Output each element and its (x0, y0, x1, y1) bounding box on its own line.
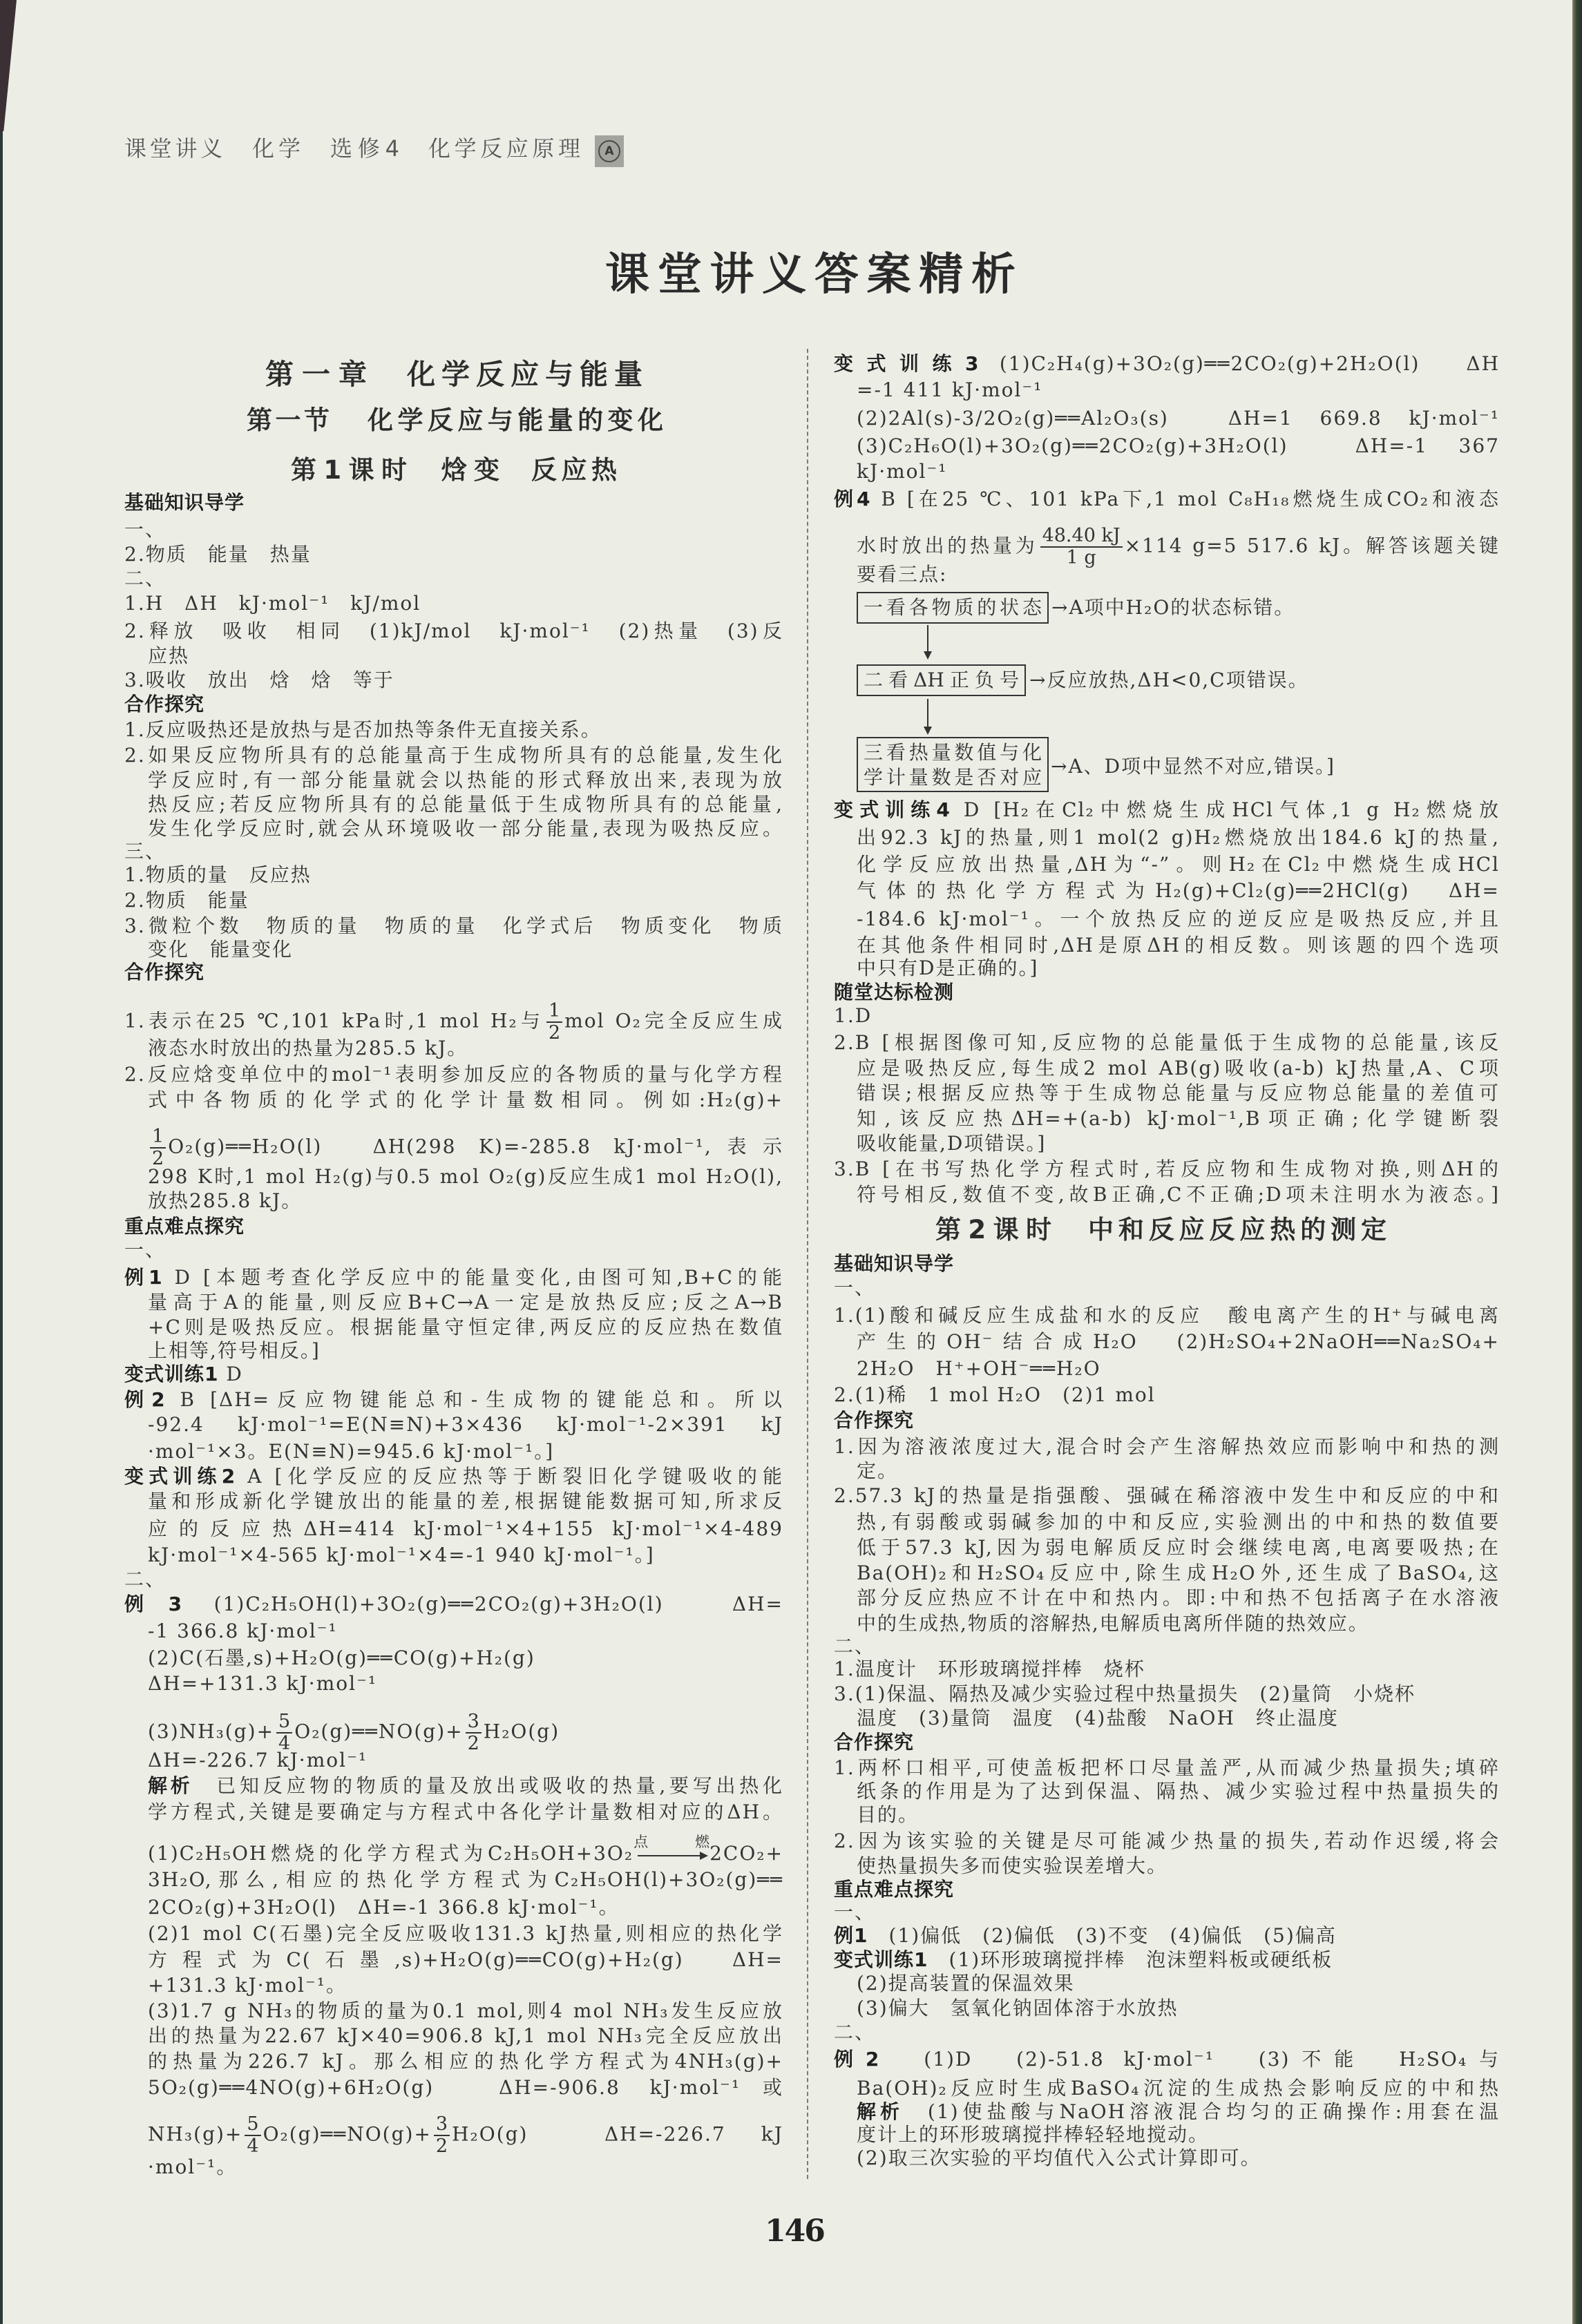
section-title: 化学反应与能量的变化 (368, 403, 663, 438)
text-line: 1.表示在25 ℃,101 kPa时,1 mol H₂与12mol O₂完全反应… (124, 1001, 783, 1026)
text-line: 知,该反应热ΔH=+(a-b) kJ·mol⁻¹,B项正确;化学键断裂 (857, 1106, 1500, 1131)
text-line: 水时放出的热量为48.40 kJ1 g×114 g=5 517.6 kJ。解答该… (857, 526, 1500, 551)
text-line: (2)C(石墨,s)+H₂O(g)══CO(g)+H₂(g) (148, 1646, 783, 1671)
text-line: 3.微粒个数 物质的量 物质的量 化学式后 物质变化 物质 (124, 914, 783, 939)
lesson2-number: 第2课时 (935, 1213, 1051, 1247)
arrow-down-icon (927, 699, 928, 733)
section-number: 第一节 (247, 403, 330, 438)
text-line: 化学反应放出热量,ΔH为“-”。则H₂在Cl₂中燃烧生成HCl (857, 852, 1500, 877)
example-label: 例2 (124, 1388, 166, 1411)
text-line: (3)1.7 g NH₃的物质的量为0.1 mol,则4 mol NH₃发生反应… (148, 1999, 783, 2024)
text-segment: 2CO₂+ (709, 1842, 783, 1865)
section-label: 随堂达标检测 (834, 981, 954, 1003)
answer-line: 变式训练1 D (124, 1362, 783, 1387)
answer-line: 变式训练1 (1)环形玻璃搅拌棒 泡沫塑料板或硬纸板 (834, 1948, 1500, 1972)
text-segment: NH₃(g)+ (148, 2123, 242, 2146)
text-line: 学方程式,关键是要确定与方程式中各化学计量数相对应的ΔH。 (148, 1800, 783, 1825)
header-series: 课堂讲义 (124, 133, 222, 164)
text-line: Ba(OH)₂和H₂SO₄反应中,除生成H₂O外,还生成了BaSO₄,这 (857, 1561, 1500, 1586)
text-line: 二、 (834, 2020, 1500, 2045)
section-label: 合作探究 (124, 693, 204, 716)
fraction-numerator: 3 (466, 1712, 482, 1734)
example-label: 例1 (124, 1266, 163, 1289)
section-label-line: 合作探究 (834, 1408, 1500, 1433)
answer-line: 变式训练3 (1)C₂H₄(g)+3O₂(g)══2CO₂(g)+2H₂O(l)… (834, 352, 1500, 376)
section-label-line: 合作探究 (834, 1730, 1500, 1755)
section-label: 合作探究 (124, 961, 204, 983)
text-line: 学反应时,有一部分能量就会以热能的形式释放出来,表现为放 (148, 768, 783, 793)
text-line: 方程式为C(石墨,s)+H₂O(g)══CO(g)+H₂(g) ΔH= (148, 1948, 783, 1972)
text-line: 中的生成热,物质的溶解热,电解质电离所伴随的热效应。 (857, 1611, 1500, 1636)
analysis-line: 解析 已知反应物的物质的量及放出或吸收的热量,要写出热化 (148, 1774, 783, 1798)
text-line: 部分反应热应不计在中和热内。即:中和热不包括离子在水溶液 (857, 1586, 1500, 1611)
flowchart-box-2: 二看ΔH正负号 (857, 664, 1026, 696)
text-line: 一、 (834, 1900, 1500, 1925)
text-line: 温度 (3)量筒 温度 (4)盐酸 NaOH 终止温度 (857, 1706, 1500, 1731)
text-line: 一、 (124, 1238, 783, 1262)
flowchart-result-2: →反应放热,ΔH<0,C项错误。 (1029, 668, 1309, 693)
text-line: 3.(1)保温、隔热及减少实验过程中热量损失 (2)量筒 小烧杯 (834, 1682, 1500, 1707)
answer-line: 变式训练4 D [H₂在Cl₂中燃烧生成HCl气体,1 g H₂燃烧放 (834, 798, 1500, 823)
text-line: 产生的OH⁻结合成H₂O (2)H₂SO₄+2NaOH══Na₂SO₄+ (857, 1329, 1500, 1354)
answer-line: 例2 B [ΔH=反应物键能总和-生成物的键能总和。所以 (124, 1387, 783, 1412)
arrow-right-icon (638, 1855, 701, 1856)
text-segment: 1.表示在25 ℃,101 kPa时,1 mol H₂与 (124, 1010, 544, 1033)
lesson-title-2: 反应热 (531, 453, 617, 488)
text-line: (1)C₂H₅OH燃烧的化学方程式为C₂H₅OH+3O₂点燃2CO₂+ (148, 1841, 783, 1866)
text-line: 2H₂O H⁺+OH⁻══H₂O (857, 1356, 1500, 1381)
text-line: (2)提高装置的保温效果 (857, 1971, 1500, 1996)
answer-text: B [在25 ℃、101 kPa下,1 mol C₈H₁₈燃烧生成CO₂和液态 (870, 488, 1500, 510)
header-subject: 化学 (252, 133, 301, 164)
text-line: (2)2Al(s)-3/2O₂(g)══Al₂O₃(s) ΔH=1 669.8 … (857, 406, 1500, 431)
fraction: 32 (434, 2115, 450, 2156)
text-segment: (3)NH₃(g)+ (148, 1720, 274, 1743)
answer-text: (1)C₂H₄(g)+3O₂(g)══2CO₂(g)+2H₂O(l) ΔH (979, 352, 1500, 375)
text-line: Ba(OH)₂反应时生成BaSO₄沉淀的生成热会影响反应的中和热 (857, 2076, 1500, 2101)
reaction-arrow-icon: 点燃 (633, 1841, 709, 1866)
text-line: 应是吸热反应,每生成2 mol AB(g)吸收(a-b) kJ热量,A、C项 (857, 1056, 1500, 1081)
text-line: 三、 (124, 839, 783, 864)
section-label-line: 随堂达标检测 (834, 980, 1500, 1005)
section-label-line: 合作探究 (124, 960, 783, 985)
fraction: 32 (466, 1712, 482, 1754)
answer-text: (1)C₂H₅OH(l)+3O₂(g)══2CO₂(g)+3H₂O(l) ΔH= (182, 1593, 783, 1615)
text-line: 1.两杯口相平,可使盖板把杯口尽量盖严,从而减少热量损失;填碎 (834, 1756, 1500, 1780)
answer-text: (1)偏低 (2)偏低 (3)不变 (4)偏低 (5)偏高 (868, 1924, 1336, 1947)
section-label-line: 基础知识导学 (834, 1251, 1500, 1276)
fraction: 12 (150, 1127, 166, 1169)
fraction-denominator: 2 (436, 2136, 448, 2156)
fraction: 48.40 kJ1 g (1040, 526, 1123, 568)
answer-text: D [H₂在Cl₂中燃烧生成HCl气体,1 g H₂燃烧放 (951, 798, 1500, 821)
text-line: 应热 (148, 644, 783, 669)
fraction-denominator: 4 (247, 2136, 258, 2156)
text-line: 符号相反,数值不变,故B正确,C不正确;D项未注明水为液态。] (857, 1182, 1500, 1207)
answer-text: (1)环形玻璃搅拌棒 泡沫塑料板或硬纸板 (928, 1948, 1333, 1971)
example-label: 例2 (834, 2048, 879, 2071)
answer-text: B [ΔH=反应物键能总和-生成物的键能总和。所以 (166, 1388, 783, 1411)
flowchart-box-3: 三看热量数值与化学计量数是否对应 (857, 737, 1049, 792)
text-line: +131.3 kJ·mol⁻¹。 (148, 1973, 783, 1998)
text-segment: H₂O(g) ΔH=-226.7 kJ (452, 2123, 783, 2146)
text-line: 1.反应吸热还是放热与是否加热等条件无直接关系。 (124, 718, 783, 742)
text-line: 2.B [根据图像可知,反应物的总能量低于生成物的总能量,该反 (834, 1030, 1500, 1055)
exercise-label: 变式训练4 (834, 798, 951, 821)
text-line: 2.如果反应物所具有的总能量高于生成物所具有的总能量,发生化 (124, 743, 783, 768)
page-edge-shadow-right (1572, 0, 1582, 2324)
flowchart-box-text: 一看各物质的状态 (864, 595, 1042, 620)
text-line: 出的热量为22.67 kJ×40=906.8 kJ,1 mol NH₃完全反应放… (148, 2024, 783, 2048)
fraction-numerator: 1 (546, 1001, 562, 1023)
text-line: (2)1 mol C(石墨)完全反应吸收131.3 kJ热量,则相应的热化学 (148, 1921, 783, 1946)
text-line: 应的反应热ΔH=414 kJ·mol⁻¹×4+155 kJ·mol⁻¹×4-48… (148, 1517, 783, 1542)
exercise-label: 变式训练2 (124, 1465, 236, 1488)
text-line: kJ·mol⁻¹ (857, 459, 1500, 484)
text-segment: O₂(g)══NO(g)+ (263, 2123, 432, 2146)
section-label: 基础知识导学 (834, 1252, 954, 1275)
text-segment: H₂O(g) (484, 1720, 560, 1743)
text-line: (3)C₂H₆O(l)+3O₂(g)══2CO₂(g)+3H₂O(l) ΔH=-… (857, 434, 1500, 459)
fraction-numerator: 3 (434, 2115, 450, 2136)
lesson-title-1: 焓变 (441, 453, 499, 488)
section-label: 基础知识导学 (124, 491, 245, 514)
fraction-numerator: 1 (150, 1127, 166, 1149)
exercise-label: 变式训练1 (834, 1948, 928, 1971)
page-title: 课堂讲义答案精析 (605, 246, 1016, 304)
text-line: 定。 (857, 1459, 1500, 1483)
text-line: 1.因为溶液浓度过大,混合时会产生溶解热效应而影响中和热的测 (834, 1434, 1500, 1459)
example-label: 例3 (124, 1593, 182, 1615)
text-line: 298 K时,1 mol H₂(g)与0.5 mol O₂(g)反应生成1 mo… (148, 1164, 783, 1189)
text-line: 1.物质的量 反应热 (124, 863, 783, 887)
text-line: 5O₂(g)══4NO(g)+6H₂O(g) ΔH=-906.8 kJ·mol⁻… (148, 2075, 783, 2100)
text-line: 纸条的作用是为了达到保温、隔热、减少实验过程中热量损失的 (857, 1779, 1500, 1804)
text-line: 吸收能量,D项错误。] (857, 1131, 1500, 1156)
edition-badge: A (598, 140, 620, 162)
answer-line: 例4 B [在25 ℃、101 kPa下,1 mol C₈H₁₈燃烧生成CO₂和… (834, 487, 1500, 512)
header-volume: 选修4 (330, 133, 399, 164)
text-segment: mol O₂完全反应生成 (564, 1010, 783, 1033)
analysis-line: 解析 (1)使盐酸与NaOH溶液混合均匀的正确操作:用套在温 (857, 2100, 1500, 2124)
text-segment: O₂(g)══H₂O(l) ΔH(298 K)=-285.8 kJ·mol⁻¹,… (168, 1135, 783, 1158)
text-line: 2.反应焓变单位中的mol⁻¹表明参加反应的各物质的量与化学方程 (124, 1062, 783, 1087)
fraction: 54 (245, 2115, 260, 2156)
text-line: 一、 (124, 517, 783, 542)
text-line: 二、 (124, 566, 783, 591)
text-line: 低于57.3 kJ,因为弱电解质反应时会继续电离,电离要吸热;在 (857, 1535, 1500, 1560)
analysis-text: 已知反应物的物质的量及放出或吸收的热量,要写出热化 (193, 1774, 784, 1797)
exercise-label: 变式训练3 (834, 352, 979, 375)
lesson2-title: 中和反应反应热的测定 (1088, 1213, 1386, 1247)
text-line: ·mol⁻¹。 (148, 2155, 783, 2180)
answer-line: 变式训练2 A [化学反应的反应热等于断裂旧化学键吸收的能 (124, 1464, 783, 1489)
text-line: 要看三点: (857, 562, 1500, 587)
section-label-line: 基础知识导学 (124, 490, 783, 515)
lesson-number: 第1课时 (291, 453, 407, 488)
section-label-line: 重点难点探究 (834, 1877, 1500, 1902)
analysis-label: 解析 (857, 2100, 904, 2123)
text-line: -92.4 kJ·mol⁻¹=E(N≡N)+3×436 kJ·mol⁻¹-2×3… (148, 1412, 783, 1437)
reaction-condition: 点燃 (633, 1834, 709, 1850)
text-line: 3H₂O,那么,相应的热化学方程式为C₂H₅OH(l)+3O₂(g)══ (148, 1867, 783, 1892)
text-line: 3.吸收 放出 焓 焓 等于 (124, 668, 783, 693)
analysis-text: (1)使盐酸与NaOH溶液混合均匀的正确操作:用套在温 (904, 2100, 1500, 2123)
flowchart-box-1: 一看各物质的状态 (857, 592, 1049, 624)
answer-line: 例1 D [本题考查化学反应中的能量变化,由图可知,B+C的能 (124, 1265, 783, 1290)
example-label: 例4 (834, 488, 870, 510)
text-line: 1.(1)酸和碱反应生成盐和水的反应 酸电离产生的H⁺与碱电离 (834, 1303, 1500, 1328)
text-line: 2.物质 能量 (124, 888, 783, 913)
answer-line: 例2 (1)D (2)-51.8 kJ·mol⁻¹ (3)不能 H₂SO₄与 (834, 2047, 1500, 2072)
circled-a-icon: A (595, 135, 624, 167)
example-label: 例1 (834, 1924, 868, 1947)
text-line: 2.释放 吸收 相同 (1)kJ/mol kJ·mol⁻¹ (2)热量 (3)反 (124, 619, 783, 644)
text-line: 1.D (834, 1003, 1500, 1028)
text-line: (2)取三次实验的平均值代入公式计算即可。 (857, 2146, 1500, 2171)
text-line: 的热量为226.7 kJ。那么相应的热化学方程式为4NH₃(g)+ (148, 2049, 783, 2074)
flowchart-box-text: 学计量数是否对应 (864, 765, 1042, 790)
answer-text: D [本题考查化学反应中的能量变化,由图可知,B+C的能 (163, 1266, 783, 1289)
chapter-number: 第一章 (265, 357, 367, 392)
page-edge-shadow-corner (0, 0, 17, 131)
text-line: 上相等,符号相反。] (148, 1338, 783, 1363)
text-line: -184.6 kJ·mol⁻¹。一个放热反应的逆反应是吸热反应,并且 (857, 907, 1500, 932)
text-line: -1 366.8 kJ·mol⁻¹ (148, 1619, 783, 1644)
text-segment: O₂(g)══NO(g)+ (294, 1720, 463, 1743)
answer-text: (1)D (2)-51.8 kJ·mol⁻¹ (3)不能 H₂SO₄与 (879, 2048, 1500, 2071)
section-label: 合作探究 (834, 1409, 914, 1432)
answer-text: A [化学反应的反应热等于断裂旧化学键吸收的能 (236, 1465, 783, 1488)
text-line: 1.温度计 环形玻璃搅拌棒 烧杯 (834, 1657, 1500, 1682)
text-line: =-1 411 kJ·mol⁻¹ (857, 378, 1500, 403)
column-divider (807, 349, 808, 2179)
text-line: 发生化学反应时,就会从环境吸收一部分能量,表现为吸热反应。 (148, 816, 783, 841)
text-line: 2.物质 能量 热量 (124, 542, 783, 567)
text-line: 在其他条件相同时,ΔH是原ΔH的相反数。则该题的四个选项 (857, 933, 1500, 958)
text-line: 二、 (124, 1567, 783, 1592)
text-line: 中只有D是正确的。] (857, 956, 1500, 981)
exercise-label: 变式训练1 (124, 1363, 218, 1385)
text-line: 2.(1)稀 1 mol H₂O (2)1 mol (834, 1383, 1500, 1408)
header-book: 化学反应原理 (428, 133, 580, 164)
page-number: 146 (753, 2212, 836, 2251)
flowchart-result-3: →A、D项中显然不对应,错误。] (1051, 754, 1335, 779)
text-line: 量高于A的能量,则反应B+C→A一定是放热反应;反之A→B (148, 1290, 783, 1315)
flowchart-box-text: 三看热量数值与化 (864, 740, 1042, 765)
answer-line: 例3 (1)C₂H₅OH(l)+3O₂(g)══2CO₂(g)+3H₂O(l) … (124, 1592, 783, 1617)
arrow-down-icon (927, 625, 928, 658)
text-segment: (1)C₂H₅OH燃烧的化学方程式为C₂H₅OH+3O₂ (148, 1842, 633, 1865)
text-line: (3)偏大 氢氧化钠固体溶于水放热 (857, 1996, 1500, 2021)
text-line: NH₃(g)+54O₂(g)══NO(g)+32H₂O(g) ΔH=-226.7… (148, 2115, 783, 2140)
text-line: 12O₂(g)══H₂O(l) ΔH(298 K)=-285.8 kJ·mol⁻… (148, 1127, 783, 1152)
text-line: 放热285.8 kJ。 (148, 1189, 783, 1213)
text-line: 式中各物质的化学式的化学计量数相同。例如:H₂(g)+ (148, 1088, 783, 1113)
text-line: ·mol⁻¹×3。E(N≡N)=945.6 kJ·mol⁻¹。] (148, 1439, 783, 1464)
text-line: 液态水时放出的热量为285.5 kJ。 (148, 1036, 783, 1061)
text-line: 一、 (834, 1276, 1500, 1300)
text-line: 错误;根据反应热等于生成物总能量与反应物总能量的差值可 (857, 1081, 1500, 1106)
text-line: ΔH=-226.7 kJ·mol⁻¹ (148, 1748, 783, 1773)
text-segment: ×114 g=5 517.6 kJ。解答该题关键 (1125, 535, 1500, 557)
text-line: 2.因为该实验的关键是尽可能减少热量的损失,若动作迟缓,将会 (834, 1829, 1500, 1854)
section-label-line: 合作探究 (124, 692, 783, 717)
page-edge-shadow-left (0, 0, 3, 2324)
analysis-label: 解析 (148, 1774, 193, 1797)
text-segment: 水时放出的热量为 (857, 535, 1038, 557)
text-line: 出92.3 kJ的热量,则1 mol(2 g)H₂燃烧放出184.6 kJ的热量… (857, 825, 1500, 850)
flowchart-box-text: 二看ΔH正负号 (864, 668, 1019, 693)
text-line: 2.57.3 kJ的热量是指强酸、强碱在稀溶液中发生中和反应的中和 (834, 1483, 1500, 1508)
text-line: 热,有弱酸或弱碱参加的中和反应,实验测出的中和热的数值要 (857, 1510, 1500, 1535)
text-line: 目的。 (857, 1803, 1500, 1827)
text-line: 二、 (834, 1634, 1500, 1659)
text-line: 1.H ΔH kJ·mol⁻¹ kJ/mol (124, 591, 783, 616)
answer-text: D (218, 1363, 242, 1385)
answer-line: 例1 (1)偏低 (2)偏低 (3)不变 (4)偏低 (5)偏高 (834, 1923, 1500, 1948)
text-line: 热反应;若反应物所具有的总能量低于生成物所具有的总能量, (148, 792, 783, 817)
fraction-numerator: 5 (245, 2115, 260, 2136)
text-line: 使热量损失多而使实验误差增大。 (857, 1854, 1500, 1879)
flowchart-result-1: →A项中H₂O的状态标错。 (1051, 595, 1295, 620)
text-line: +C则是吸热反应。根据能量守恒定律,两反应的反应热在数值 (148, 1315, 783, 1340)
text-line: ΔH=+131.3 kJ·mol⁻¹ (148, 1671, 783, 1696)
text-line: 3.B [在书写热化学方程式时,若反应物和生成物对换,则ΔH的 (834, 1157, 1500, 1182)
section-label: 重点难点探究 (124, 1215, 245, 1238)
text-line: kJ·mol⁻¹×4-565 kJ·mol⁻¹×4=-1 940 kJ·mol⁻… (148, 1543, 783, 1568)
fraction: 54 (276, 1712, 292, 1754)
fraction-numerator: 48.40 kJ (1040, 526, 1123, 548)
text-line: 变化 能量变化 (148, 937, 783, 962)
section-label: 重点难点探究 (834, 1878, 954, 1901)
section-label-line: 重点难点探究 (124, 1214, 783, 1239)
section-label: 合作探究 (834, 1731, 914, 1754)
text-line: 2CO₂(g)+3H₂O(l) ΔH=-1 366.8 kJ·mol⁻¹。 (148, 1895, 783, 1920)
text-line: 度计上的环形玻璃搅拌棒轻轻地搅动。 (857, 2122, 1500, 2147)
text-line: (3)NH₃(g)+54O₂(g)══NO(g)+32H₂O(g) (148, 1712, 783, 1737)
chapter-title: 化学反应与能量 (407, 357, 642, 392)
text-line: 量和形成新化学键放出的能量的差,根据键能数据可知,所求反 (148, 1489, 783, 1514)
text-line: 气体的热化学方程式为H₂(g)+Cl₂(g)══2HCl(g) ΔH= (857, 878, 1500, 903)
fraction-numerator: 5 (276, 1712, 292, 1734)
